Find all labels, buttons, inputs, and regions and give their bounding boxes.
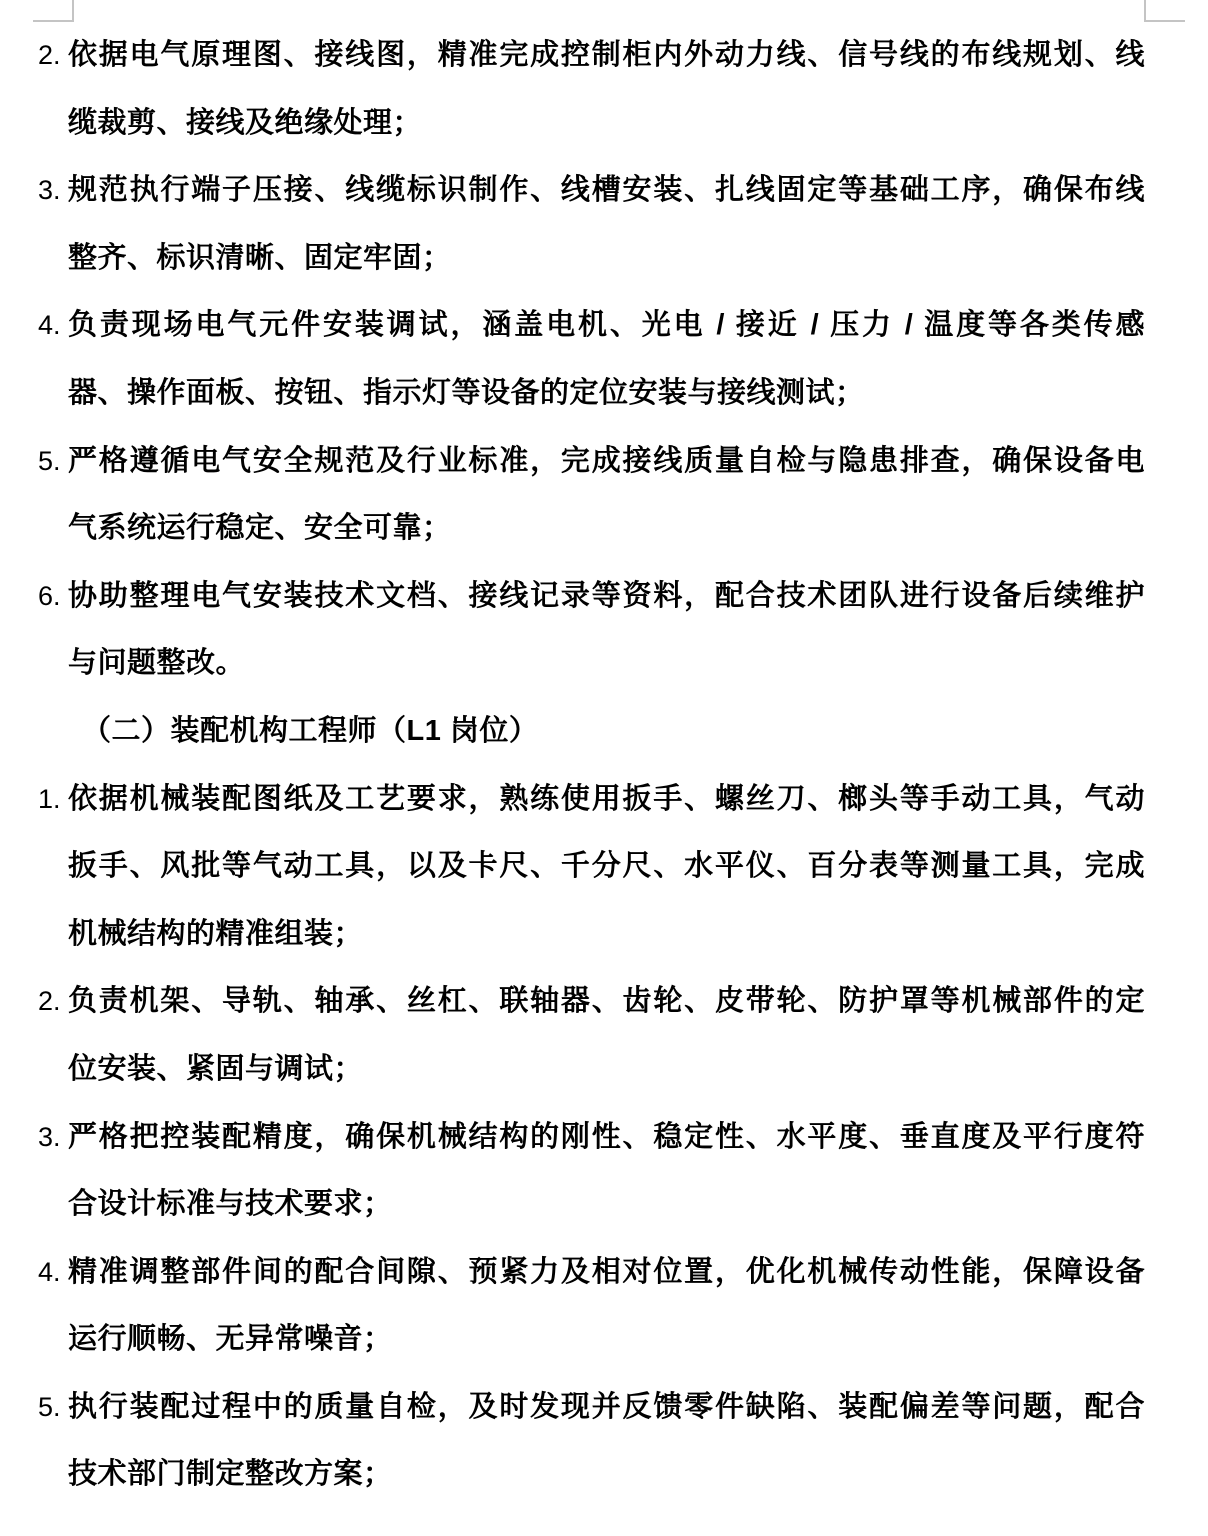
list-number: 3. (38, 1104, 68, 1172)
margin-mark-top-right-vertical (1144, 0, 1146, 22)
list-number: 5. (38, 428, 68, 496)
list-number: 4. (38, 292, 68, 360)
list-item-text: 精准调整部件间的配合间隙、预紧力及相对位置，优化机械传动性能，保障设备 (68, 1256, 1145, 1288)
list-item-continuation-line: 与问题整改。 (38, 630, 1145, 698)
list-number: 2. (38, 22, 68, 90)
list-number: 4. (38, 1239, 68, 1307)
list-number: 6. (38, 563, 68, 631)
list-item-continuation-line: 气系统运行稳定、安全可靠； (38, 495, 1145, 563)
list-item-continuation-line: 整齐、标识清晰、固定牢固； (38, 225, 1145, 293)
list-item-line: 4.负责现场电气元件安装调试，涵盖电机、光电 / 接近 / 压力 / 温度等各类… (38, 292, 1145, 360)
margin-mark-top-left-vertical (72, 0, 74, 22)
list-number: 2. (38, 968, 68, 1036)
list-number: 1. (38, 766, 68, 834)
list-item-text: 依据电气原理图、接线图，精准完成控制柜内外动力线、信号线的布线规划、线 (68, 39, 1145, 71)
list-item-line: 2.依据电气原理图、接线图，精准完成控制柜内外动力线、信号线的布线规划、线 (38, 22, 1145, 90)
list-item-text: 规范执行端子压接、线缆标识制作、线槽安装、扎线固定等基础工序，确保布线 (68, 174, 1145, 206)
document-page: 2.依据电气原理图、接线图，精准完成控制柜内外动力线、信号线的布线规划、线缆裁剪… (0, 0, 1208, 1536)
list-item-continuation-line: 合设计标准与技术要求； (38, 1171, 1145, 1239)
list-item-line: 1.依据机械装配图纸及工艺要求，熟练使用扳手、螺丝刀、榔头等手动工具，气动 (38, 766, 1145, 834)
list-number: 5. (38, 1374, 68, 1442)
list-item-text: 严格把控装配精度，确保机械结构的刚性、稳定性、水平度、垂直度及平行度符 (68, 1121, 1145, 1153)
list-item-text: 负责现场电气元件安装调试，涵盖电机、光电 / 接近 / 压力 / 温度等各类传感 (68, 309, 1145, 341)
list-item-continuation-line: 扳手、风批等气动工具，以及卡尺、千分尺、水平仪、百分表等测量工具，完成 (38, 833, 1145, 901)
list-item-continuation-line: 位安装、紧固与调试； (38, 1036, 1145, 1104)
list-item-line: 4.精准调整部件间的配合间隙、预紧力及相对位置，优化机械传动性能，保障设备 (38, 1239, 1145, 1307)
list-item-continuation-line: 运行顺畅、无异常噪音； (38, 1306, 1145, 1374)
list-item-line: 2.负责机架、导轨、轴承、丝杠、联轴器、齿轮、皮带轮、防护罩等机械部件的定 (38, 968, 1145, 1036)
list-item-text: 依据机械装配图纸及工艺要求，熟练使用扳手、螺丝刀、榔头等手动工具，气动 (68, 783, 1145, 815)
list-item-line: 5.执行装配过程中的质量自检，及时发现并反馈零件缺陷、装配偏差等问题，配合 (38, 1374, 1145, 1442)
list-item-text: 协助整理电气安装技术文档、接线记录等资料，配合技术团队进行设备后续维护 (68, 580, 1145, 612)
list-item-line: 6.协助整理电气安装技术文档、接线记录等资料，配合技术团队进行设备后续维护 (38, 563, 1145, 631)
list-item-continuation-line: 缆裁剪、接线及绝缘处理； (38, 90, 1145, 158)
list-item-line: 5.严格遵循电气安全规范及行业标准，完成接线质量自检与隐患排查，确保设备电 (38, 428, 1145, 496)
list-item-text: 执行装配过程中的质量自检，及时发现并反馈零件缺陷、装配偏差等问题，配合 (68, 1391, 1145, 1423)
list-item-continuation-line: 技术部门制定整改方案； (38, 1441, 1145, 1509)
document-text-block: 2.依据电气原理图、接线图，精准完成控制柜内外动力线、信号线的布线规划、线缆裁剪… (38, 22, 1145, 1509)
list-item-continuation-line: 机械结构的精准组装； (38, 901, 1145, 969)
margin-mark-top-right-horizontal (1145, 20, 1185, 22)
list-item-continuation-line: 器、操作面板、按钮、指示灯等设备的定位安装与接线测试； (38, 360, 1145, 428)
list-item-text: 严格遵循电气安全规范及行业标准，完成接线质量自检与隐患排查，确保设备电 (68, 445, 1145, 477)
list-number: 3. (38, 157, 68, 225)
section-heading: （二）装配机构工程师（L1 岗位） (38, 698, 1145, 766)
list-item-line: 3.严格把控装配精度，确保机械结构的刚性、稳定性、水平度、垂直度及平行度符 (38, 1104, 1145, 1172)
list-item-text: 负责机架、导轨、轴承、丝杠、联轴器、齿轮、皮带轮、防护罩等机械部件的定 (68, 985, 1145, 1017)
list-item-line: 3.规范执行端子压接、线缆标识制作、线槽安装、扎线固定等基础工序，确保布线 (38, 157, 1145, 225)
